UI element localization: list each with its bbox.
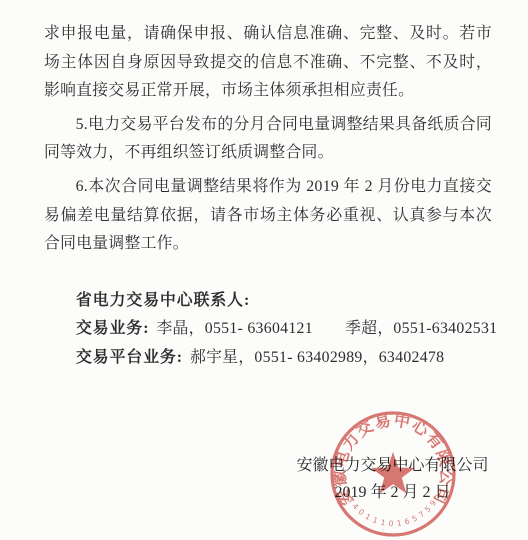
contact-text-platform: 郝宇星，0551- 63402989，63402478 (190, 349, 444, 366)
contact-block: 省电力交易中心联系人: 交易业务:李晶，0551- 63604121 季超，05… (76, 287, 492, 373)
paragraph-item-5: 5.电力交易平台发布的分月合同电量调整结果具备纸质合同同等效力，不再组织签订纸质… (44, 111, 492, 168)
document-body: 求申报电量，请确保申报、确认信息准确、完整、及时。若市场主体因自身原因导致提交的… (44, 20, 492, 373)
seal-star-icon (371, 452, 415, 494)
contact-line-platform: 交易平台业务:郝宇星，0551- 63402989，63402478 (76, 344, 492, 373)
paragraph-continuation: 求申报电量，请确保申报、确认信息准确、完整、及时。若市场主体因自身原因导致提交的… (44, 20, 492, 106)
paragraph-item-6: 6.本次合同电量调整结果将作为 2019 年 2 月份电力直接交易偏差电量结算依… (44, 173, 492, 259)
contact-label-platform: 交易平台业务: (76, 349, 183, 366)
official-seal: 安徽电力交易中心有限公司 3401110165759 (328, 409, 458, 539)
contact-label-trading: 交易业务: (76, 320, 149, 337)
contact-line-trading: 交易业务:李晶，0551- 63604121 季超，0551-63402531 (76, 315, 492, 344)
document-page: 求申报电量，请确保申报、确认信息准确、完整、及时。若市场主体因自身原因导致提交的… (0, 0, 528, 540)
contact-heading: 省电力交易中心联系人: (76, 287, 492, 316)
contact-text-trading: 李晶，0551- 63604121 季超，0551-63402531 (156, 320, 497, 337)
